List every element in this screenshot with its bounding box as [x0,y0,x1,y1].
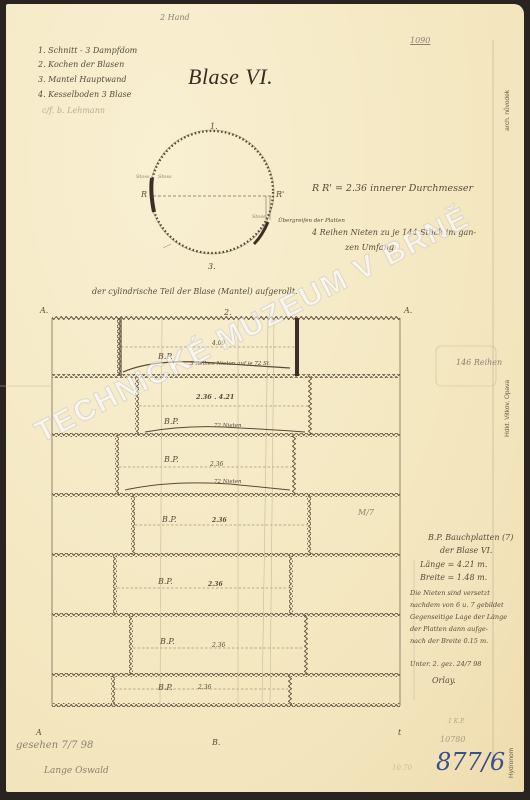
legend-note: 1. Schnitt - 3 Dampfdom [38,46,137,55]
signature: Orlay. [432,676,456,685]
circle-label-right: R' [276,190,284,199]
archive-stamp: arch. nůvodek [504,90,511,131]
spec-text-line: der Platten dann aufge- [410,625,488,633]
spec-length: Länge = 4.21 m. [420,560,487,569]
plate-label: B.P. [164,417,179,426]
spec-text-line: Gegenseitige Lage der Länge [410,613,507,621]
plate-note: 72 Nieten [214,423,242,429]
circle-label-top: 1. [210,122,218,131]
side-pencil-note: 146 Reihen [456,358,502,367]
spec-text-line: nach der Breite 0.15 m. [410,637,488,645]
side-pencil-small: M/7 [358,508,374,517]
bottom-right-pencil: 1 K.P. [448,718,465,725]
stoss-note-right: Stoss [252,214,266,220]
bottom-right-pencil: 10.70 [392,764,412,772]
spec-width: Breite = 1.48 m. [420,573,487,582]
legend-note: 4. Kesselboden 3 Blase [38,90,131,99]
edge-label-bottom-middle: B. [212,738,220,747]
circle-label-bottom: 3. [208,262,216,271]
plate-dim: 2.36 [212,517,227,524]
section-heading: der cylindrische Teil der Blase (Mantel)… [92,287,298,296]
plate-label: B.P. [160,637,175,646]
plate-label: B.P. [158,577,173,586]
plate-dim: 2.36 [210,461,223,468]
page-title: Blase VI. [188,64,273,90]
plate-dim: 2.36 [198,684,211,691]
plate-label: B.P. [164,455,179,464]
plate-label: B.P. [158,683,173,692]
plate-dim: 2.36 . 4.21 [196,393,234,401]
edge-label-bottom-right: t [398,728,401,737]
edge-label-top-right: A. [404,306,412,315]
signature-date: Unter. 2. gez. 24/7 98 [410,660,481,668]
edge-label-bottom-left: A [36,728,42,737]
stoss-note-left2: Stoss [158,174,172,180]
legend-note: 2. Kochen der Blasen [38,60,124,69]
plate-dim: 2.36 [208,581,223,588]
stoss-note-left: Stoss [136,174,150,180]
plate-dim: 2.36 [212,642,225,649]
bottom-right-pencil: 10780 [440,735,465,744]
overlap-note: Übergreifen der Platten [278,218,345,224]
rivet-seams-horizontal [52,316,400,707]
legend-note: 3. Mantel Hauptwand [38,75,126,84]
circle-label-left: R [141,190,147,199]
edge-label-top-middle: 2. [224,308,232,317]
bottom-left-signature: Lange Oswald [44,766,109,776]
edge-label-top-left: A. [40,306,48,315]
spec-heading2: der Blase VI. [440,546,492,555]
printer-stamp: Hdkt. Vitkov, Opava [504,380,511,437]
top-note: 2 Hand [160,13,190,22]
inventory-number: 877/6 [436,748,505,776]
legend-note: c/f. b. Lehmann [42,106,105,115]
plate-note: 72 Nieten [214,479,242,485]
archive-number-top: 1090 [410,36,430,45]
spec-text-line: Die Nieten sind versetzt [410,589,490,597]
boiler-cross-section [150,130,274,254]
spec-text-line: nachdem von 6 u. 7 gebildet [410,601,504,609]
paper-stamp: Hydronom [508,748,515,778]
spec-heading: B.P. Bauchplatten (7) [428,533,513,542]
bottom-left-pencil: gesehen 7/7 98 [16,740,93,751]
diameter-note: R R' = 2.36 innerer Durchmesser [312,183,473,194]
plate-label: B.P. [162,515,177,524]
